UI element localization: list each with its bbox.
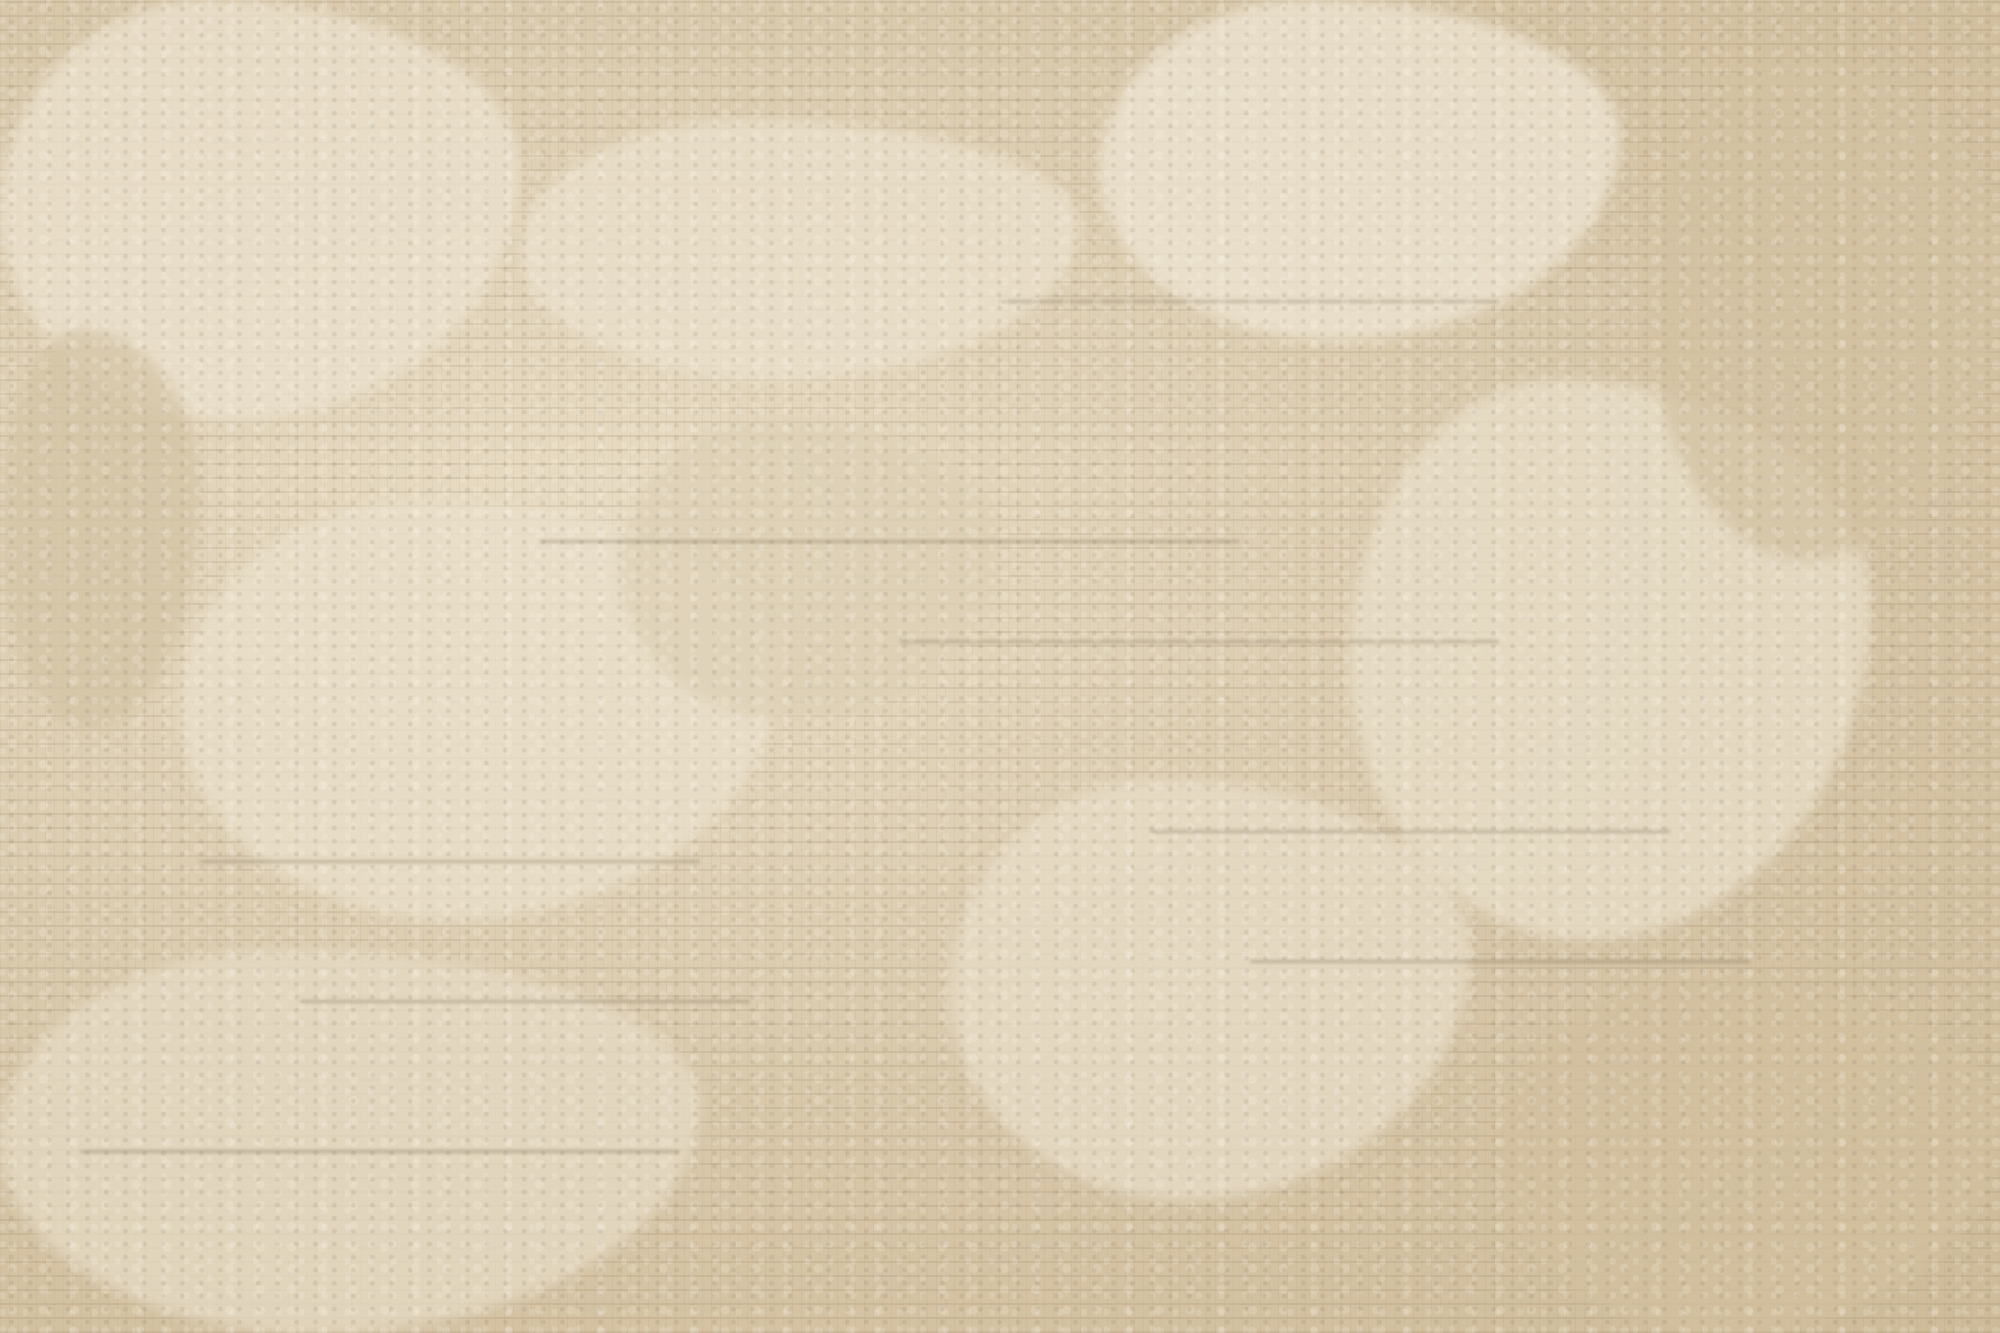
fiber-noise-overlay (0, 0, 2000, 1333)
rug-texture-photo (0, 0, 2000, 1333)
